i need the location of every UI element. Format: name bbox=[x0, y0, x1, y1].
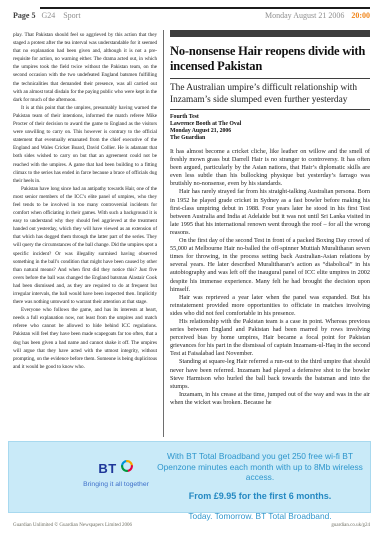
bt-brand-text: BT bbox=[98, 461, 116, 476]
article-paragraph: On the first day of the second Test in f… bbox=[170, 237, 370, 294]
byline-author: Lawrence Booth at The Oval bbox=[170, 121, 370, 128]
headline-kicker-bar bbox=[170, 30, 370, 37]
article-text: It has almost become a cricket cliche, l… bbox=[170, 148, 370, 407]
ad-offer-text: With BT Total Broadband you get 250 free… bbox=[157, 451, 363, 483]
article-paragraph: Everyone who follows the game, and has i… bbox=[13, 306, 157, 371]
ad-copy: With BT Total Broadband you get 250 free… bbox=[157, 451, 363, 521]
article-paragraph: His relationship with the Pakistan team … bbox=[170, 318, 370, 358]
article-paragraph: It is at this point that the umpires, pr… bbox=[13, 104, 157, 185]
article-paragraph: play. That Pakistan should feel so aggri… bbox=[13, 31, 157, 104]
byline-publication: The Guardian bbox=[170, 135, 370, 142]
header-time: 20:00 bbox=[351, 11, 370, 20]
column-divider bbox=[163, 30, 164, 437]
divider-rule bbox=[170, 109, 370, 110]
bt-broadband-advert[interactable]: BT Bringing it all together With BT Tota… bbox=[8, 441, 371, 513]
header-date: Monday August 21 2006 bbox=[265, 11, 344, 20]
article-paragraph: Standing at square-leg Hair referred a r… bbox=[170, 358, 370, 390]
article-paragraph: Inzamam, in his crease at the time, jump… bbox=[170, 391, 370, 407]
article-paragraph: Hair has rarely strayed far from his str… bbox=[170, 188, 370, 237]
byline-date: Monday August 21, 2006 bbox=[170, 128, 370, 135]
header-rule bbox=[40, 7, 370, 9]
header-right: Monday August 21 2006 20:00 bbox=[265, 11, 370, 20]
article-paragraph: Pakistan have long since had an antipath… bbox=[13, 185, 157, 306]
byline-series: Fourth Test bbox=[170, 114, 370, 121]
ad-slogan-text: Today. Tomorrow. BT Total Broadband. bbox=[157, 511, 363, 521]
article-paragraph: Hair was reprieved a year later when the… bbox=[170, 294, 370, 318]
header-left: Page 5 G24 Sport bbox=[13, 11, 81, 20]
ad-price-text: From £9.95 for the first 6 months. bbox=[157, 491, 363, 501]
edition-label: G24 bbox=[41, 11, 55, 20]
article-body: play. That Pakistan should feel so aggri… bbox=[13, 28, 370, 437]
divider-rule bbox=[170, 78, 370, 79]
right-column: No-nonsense Hair reopens divide with inc… bbox=[170, 30, 370, 407]
bt-globe-icon bbox=[120, 459, 134, 478]
article-paragraph: It has almost become a cricket cliche, l… bbox=[170, 148, 370, 188]
footer-copyright: Guardian Unlimited © Guardian Newspapers… bbox=[13, 523, 132, 528]
page-header: Page 5 G24 Sport Monday August 21 2006 2… bbox=[13, 11, 370, 20]
footer-url: guardian.co.uk/g24 bbox=[331, 523, 370, 528]
section-label: Sport bbox=[63, 11, 80, 20]
left-column: play. That Pakistan should feel so aggri… bbox=[13, 31, 157, 371]
page-footer: Guardian Unlimited © Guardian Newspapers… bbox=[13, 523, 370, 528]
article-standfirst: The Australian umpire’s difficult relati… bbox=[170, 83, 370, 106]
article-headline: No-nonsense Hair reopens divide with inc… bbox=[170, 44, 370, 73]
page-number-label: Page 5 bbox=[13, 11, 35, 20]
byline-block: Fourth Test Lawrence Booth at The Oval M… bbox=[170, 114, 370, 142]
